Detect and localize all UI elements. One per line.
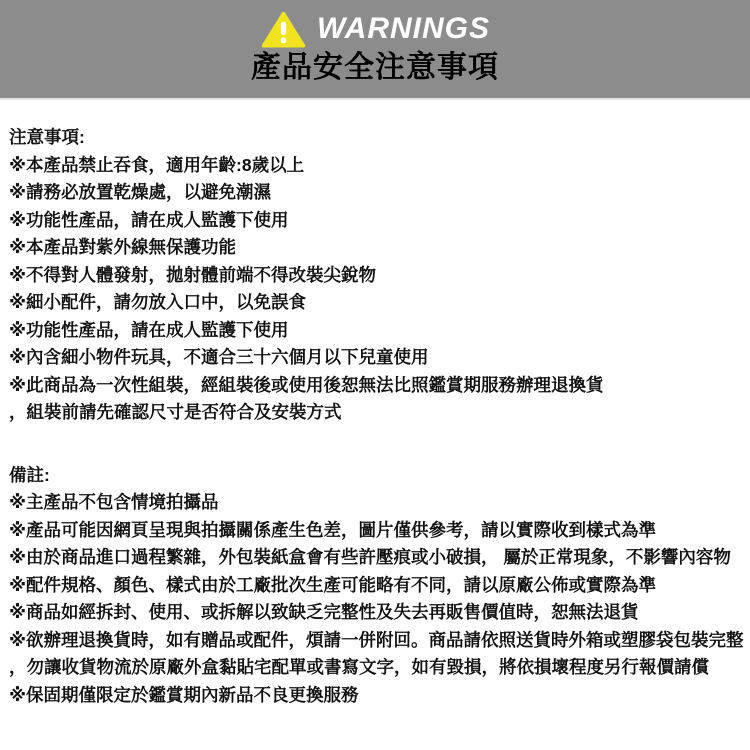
exclamation-dot xyxy=(281,37,287,43)
remark-line: ※配件規格、顏色、樣式由於工廠批次生產可能略有不同，請以原廠公佈或實際為準 xyxy=(9,572,748,600)
remarks-heading: 備註: xyxy=(9,462,748,490)
remarks-section: 備註: ※主產品不包含情境拍攝品 ※產品可能因網頁呈現與拍攝關係產生色差，圖片僅… xyxy=(9,462,748,710)
remark-line: ※由於商品進口過程繁雜，外包裝紙盒會有些許壓痕或小破損， 屬於正常現象，不影響內… xyxy=(9,544,748,572)
warnings-row: WARNINGS xyxy=(0,0,750,48)
notice-line: ※功能性產品，請在成人監護下使用 xyxy=(9,207,748,235)
notice-line: ※本產品禁止吞食，適用年齡:8歲以上 xyxy=(9,152,748,180)
remark-line: ※產品可能因網頁呈現與拍攝關係產生色差，圖片僅供參考，請以實際收到樣式為準 xyxy=(9,517,748,545)
remark-line: ※欲辦理退換貨時，如有贈品或配件，煩請一併附回。商品請依照送貨時外箱或塑膠袋包裝… xyxy=(9,627,748,655)
notice-line: ※本產品對紫外線無保護功能 xyxy=(9,234,748,262)
header-banner: WARNINGS 產品安全注意事項 xyxy=(0,0,750,100)
notice-line: ※內含細小物件玩具，不適合三十六個月以下兒童使用 xyxy=(9,344,748,372)
notice-section: 注意事項: ※本產品禁止吞食，適用年齡:8歲以上 ※請務必放置乾燥處，以避免潮濕… xyxy=(9,124,748,427)
remark-line-continuation: ，勿讓收貨物流於原廠外盒黏貼宅配單或書寫文字，如有毀損，將依損壞程度另行報價請償 xyxy=(9,654,748,682)
notice-line: ※請務必放置乾燥處，以避免潮濕 xyxy=(9,179,748,207)
notice-line: ※功能性產品，請在成人監護下使用 xyxy=(9,317,748,345)
content-area: 注意事項: ※本產品禁止吞食，適用年齡:8歲以上 ※請務必放置乾燥處，以避免潮濕… xyxy=(0,100,750,709)
page-title: 產品安全注意事項 xyxy=(0,49,750,87)
remark-line: ※商品如經拆封、使用、或拆解以致缺乏完整性及失去再販售價值時，恕無法退貨 xyxy=(9,599,748,627)
notice-heading: 注意事項: xyxy=(9,124,748,152)
remark-line: ※主產品不包含情境拍攝品 xyxy=(9,489,748,517)
notice-line-continuation: ，組裝前請先確認尺寸是否符合及安裝方式 xyxy=(9,399,748,427)
warning-notice-page: WARNINGS 產品安全注意事項 注意事項: ※本產品禁止吞食，適用年齡:8歲… xyxy=(0,0,750,750)
warning-triangle-icon xyxy=(260,11,307,48)
notice-line: ※此商品為一次性組裝，經組裝後或使用後恕無法比照鑑賞期服務辦理退換貨 xyxy=(9,372,748,400)
remark-line: ※保固期僅限定於鑑賞期內新品不良更換服務 xyxy=(9,682,748,710)
notice-line: ※不得對人體發射，拋射體前端不得改裝尖銳物 xyxy=(9,262,748,290)
notice-line: ※細小配件，請勿放入口中，以免誤食 xyxy=(9,289,748,317)
warnings-label: WARNINGS xyxy=(317,12,490,46)
exclamation-bar xyxy=(281,21,286,34)
